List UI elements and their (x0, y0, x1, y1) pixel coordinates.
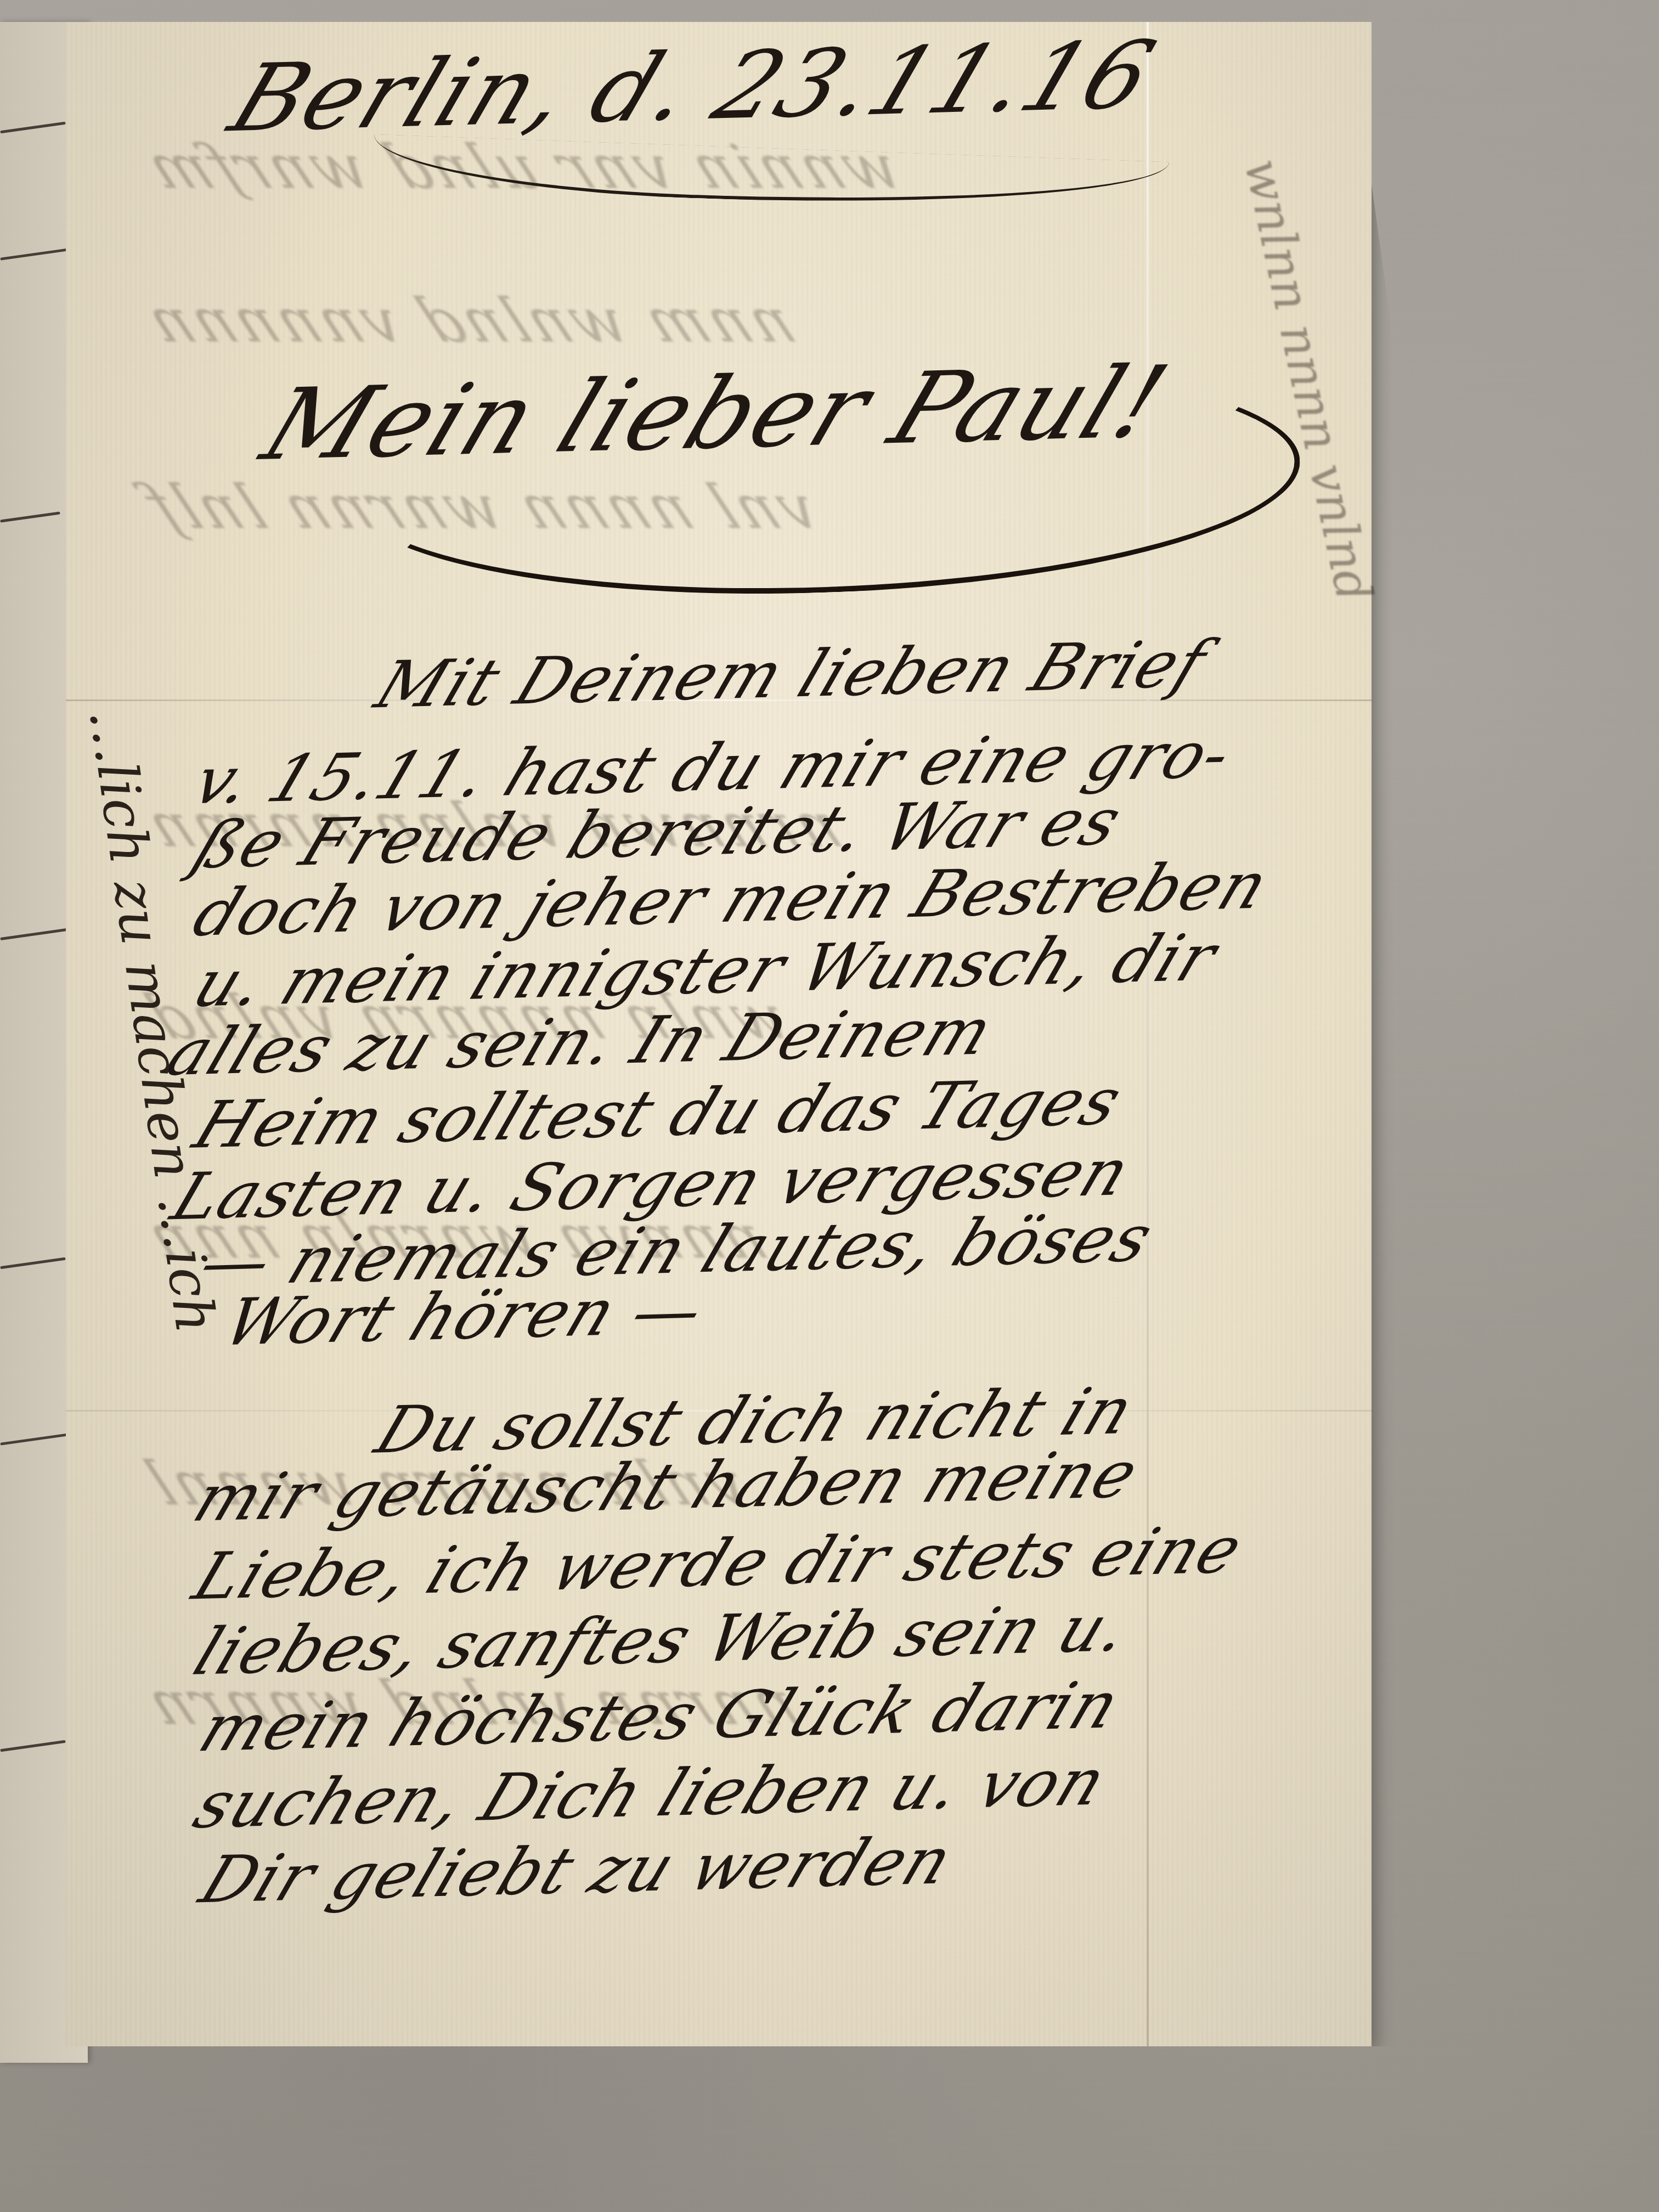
left-page-fragment (0, 247, 76, 260)
fold-line-vertical (1147, 22, 1149, 2046)
left-page-fragment (0, 928, 71, 940)
bleed-through-text: nnm wnlnd vnnnnn (132, 285, 806, 356)
left-page-fragment (0, 1257, 66, 1269)
left-page-fragment (0, 122, 66, 134)
body-line: Wort hören — (214, 1272, 716, 1360)
left-page-fragment (0, 1432, 76, 1445)
left-page-fragment (0, 511, 60, 522)
left-page-fragment (0, 1740, 66, 1752)
